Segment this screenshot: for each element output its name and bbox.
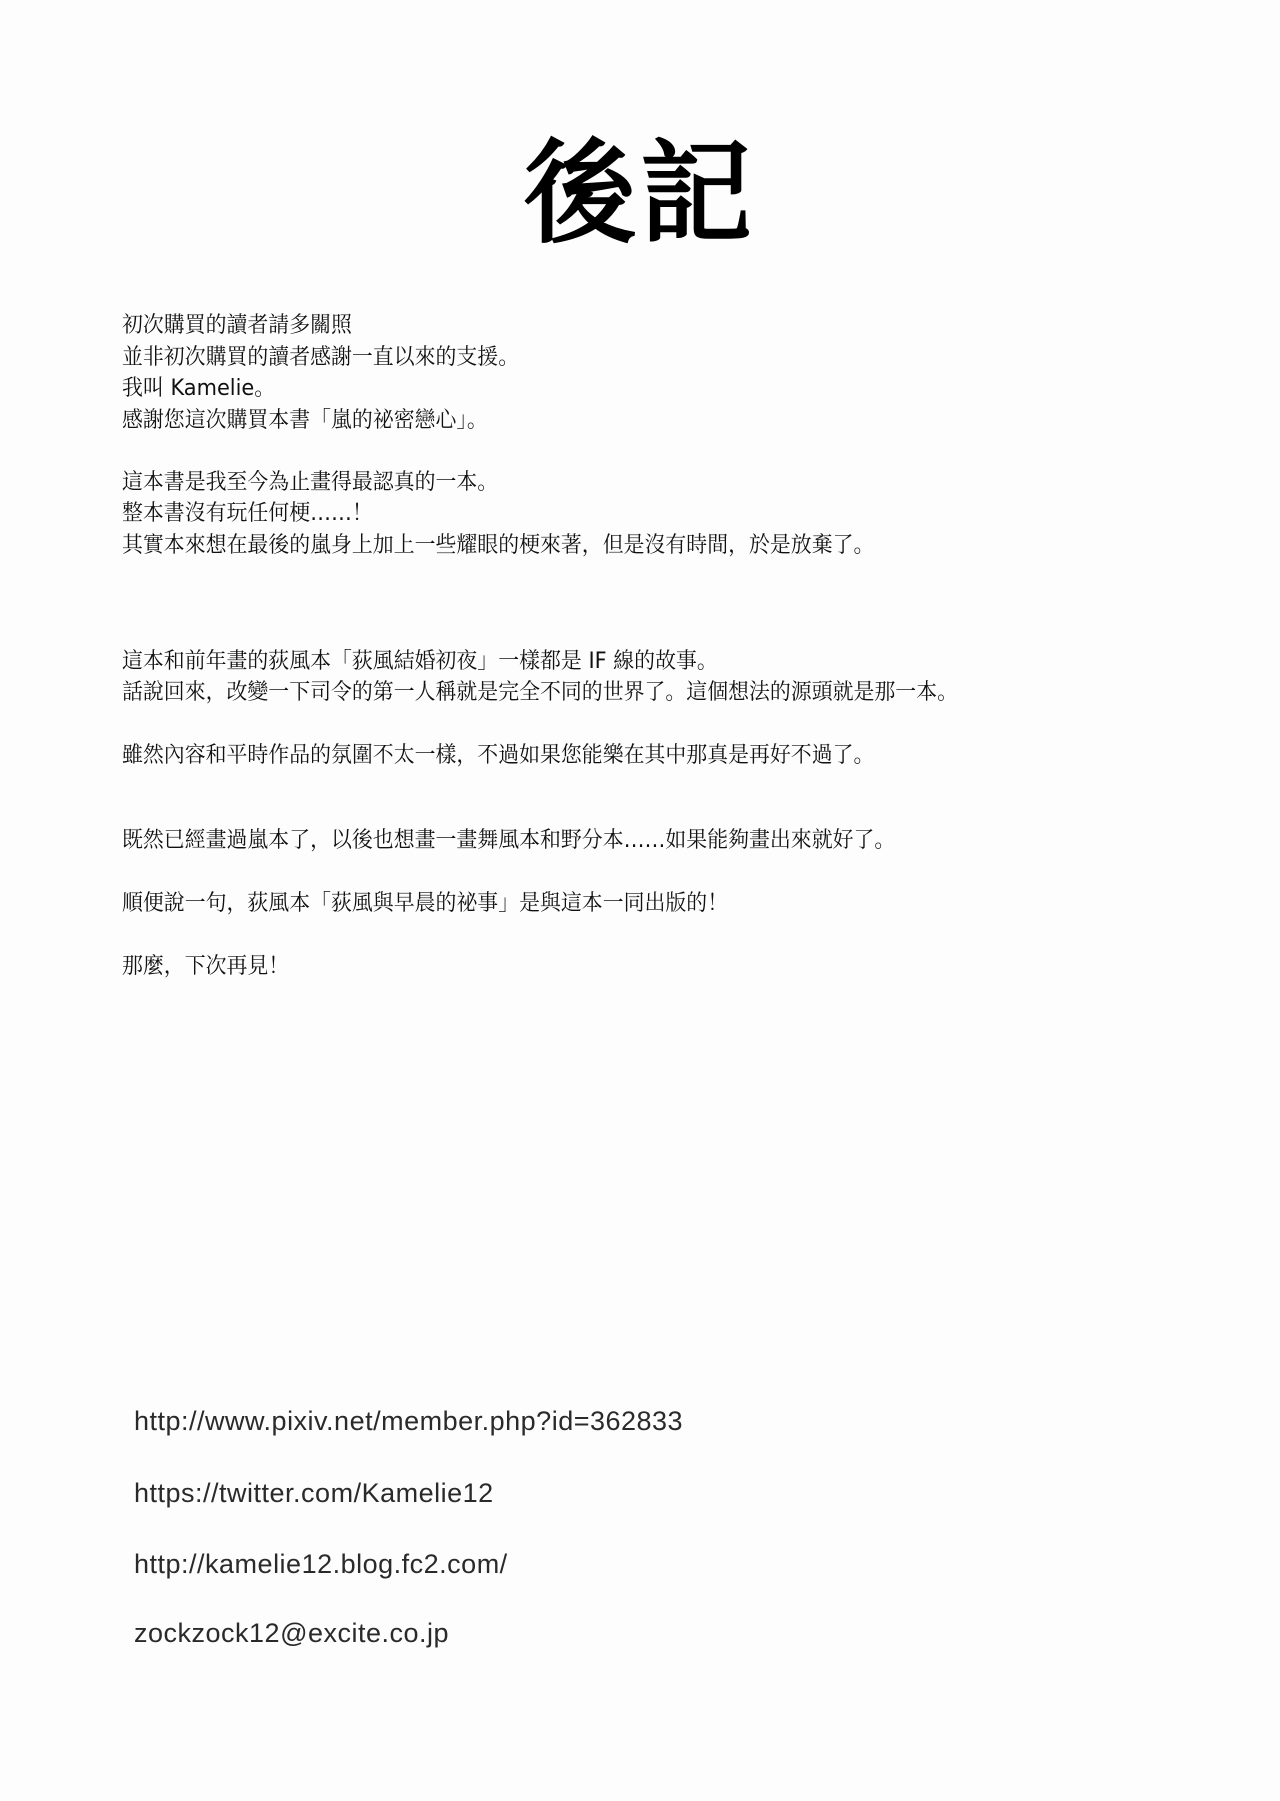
blog-link[interactable]: http://kamelie12.blog.fc2.com/: [134, 1548, 508, 1580]
text-line: 順便說一句，荻風本「荻風與早晨的祕事」是與這本一同出版的！: [122, 891, 728, 917]
email-address[interactable]: zockzock12@excite.co.jp: [134, 1617, 449, 1649]
text-line: 其實本來想在最後的嵐身上加上一些耀眼的梗來著，但是沒有時間，於是放棄了。: [122, 533, 874, 559]
text-line: 那麼，下次再見！: [122, 954, 289, 980]
text-line: 既然已經畫過嵐本了，以後也想畫一畫舞風本和野分本……如果能夠畫出來就好了。: [122, 828, 895, 854]
text-line: 這本和前年畫的荻風本「荻風結婚初夜」一樣都是 IF 線的故事。: [122, 649, 718, 675]
text-line: 感謝您這次購買本書「嵐的祕密戀心」。: [122, 408, 488, 434]
twitter-link[interactable]: https://twitter.com/Kamelie12: [134, 1477, 494, 1509]
afterword-page: 後記 初次購買的讀者請多關照 並非初次購買的讀者感謝一直以來的支援。 我叫 Ka…: [0, 0, 1280, 1801]
text-line: 雖然內容和平時作品的氛圍不太一樣，不過如果您能樂在其中那真是再好不過了。: [122, 743, 874, 769]
text-line: 我叫 Kamelie。: [122, 376, 275, 402]
text-line: 並非初次購買的讀者感謝一直以來的支援。: [122, 345, 519, 371]
text-line: 話說回來，改變一下司令的第一人稱就是完全不同的世界了。這個想法的源頭就是那一本。: [122, 680, 958, 706]
text-line: 整本書沒有玩任何梗……！: [122, 501, 373, 527]
text-line: 這本書是我至今為止畫得最認真的一本。: [122, 470, 498, 496]
page-title: 後記: [0, 138, 1280, 250]
pixiv-link[interactable]: http://www.pixiv.net/member.php?id=36283…: [134, 1405, 683, 1437]
text-line: 初次購買的讀者請多關照: [122, 313, 352, 339]
